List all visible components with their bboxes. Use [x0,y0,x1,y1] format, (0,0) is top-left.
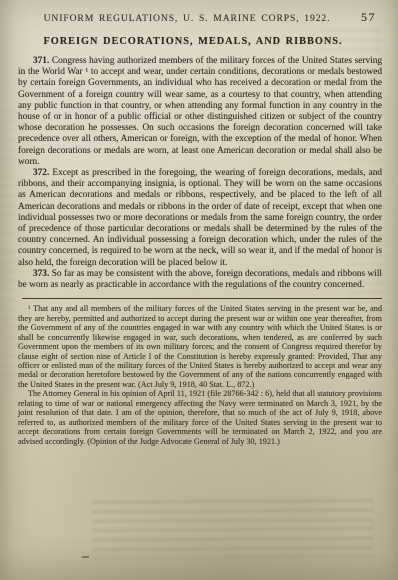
running-header: UNIFORM REGULATIONS, U. S. MARINE CORPS,… [18,12,382,27]
paragraph-372-text: Except as prescribed in the foregoing, t… [18,168,382,268]
footnote-1-marker: ¹ [28,304,30,313]
paragraph-372: 372. Except as prescribed in the foregoi… [18,168,382,269]
page-number: 57 [361,10,376,25]
footnote-divider-rule [22,298,382,299]
bleedthrough-artifact-bottom [92,499,374,559]
paragraph-371-number: 371. [33,56,49,66]
scanned-book-page: UNIFORM REGULATIONS, U. S. MARINE CORPS,… [0,0,398,580]
footnote-2: The Attorney General in his opinion of A… [18,389,382,446]
paragraph-372-number: 372. [33,168,49,178]
paragraph-373-number: 373. [33,269,49,279]
footnotes: ¹ That any and all members of the milita… [18,304,382,446]
running-header-title: UNIFORM REGULATIONS, U. S. MARINE CORPS,… [18,12,382,25]
paragraph-373: 373. So far as may be consistent with th… [18,269,382,291]
paragraph-371: 371. Congress having authorized members … [18,56,382,168]
paragraph-373-text: So far as may be consistent with the abo… [18,269,382,290]
footnote-2-text: The Attorney General in his opinion of A… [18,389,382,445]
stray-ink-mark [82,556,89,558]
body-text: 371. Congress having authorized members … [18,56,382,291]
footnote-1-text: That any and all members of the military… [18,304,382,389]
section-heading: FOREIGN DECORATIONS, MEDALS, AND RIBBONS… [11,36,375,47]
footnote-1: ¹ That any and all members of the milita… [18,304,382,389]
paragraph-371-text: Congress having authorized members of th… [18,56,382,167]
bleedthrough-artifact-left-margin [2,110,15,390]
page-content: UNIFORM REGULATIONS, U. S. MARINE CORPS,… [18,12,382,446]
